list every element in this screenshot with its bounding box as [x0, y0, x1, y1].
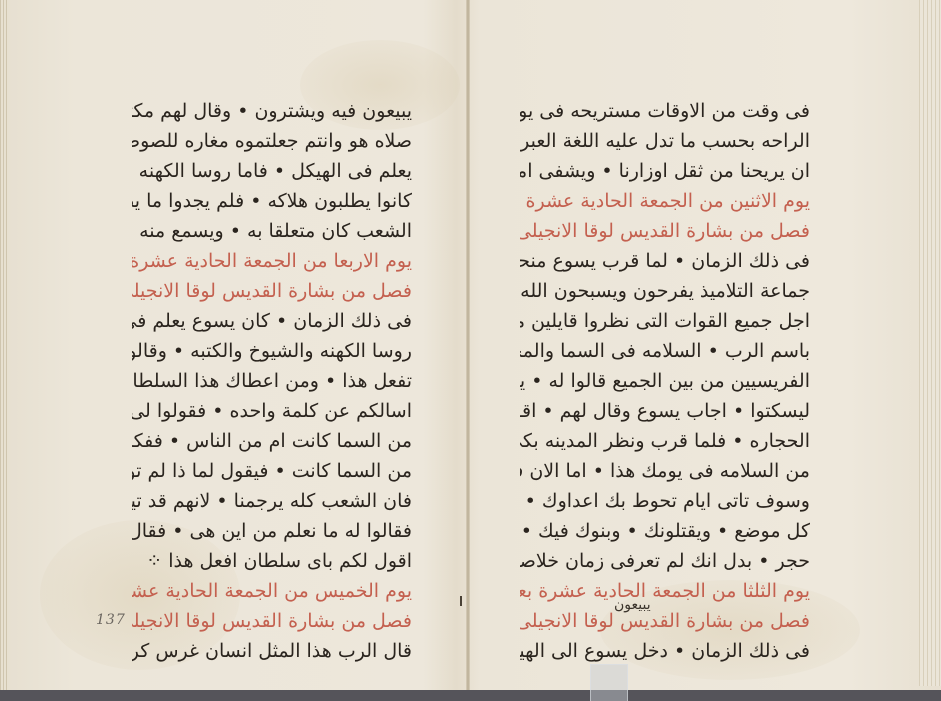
text-line: من السما كانت • فيقول لما ذا لم تومنوا ب… — [132, 456, 412, 486]
rubric-title: يوم الاثنين من الجمعة الحادية عشرة بعد ع… — [520, 186, 810, 216]
catchword: يبيعون — [614, 597, 651, 613]
text-line: وسوف تاتى ايام تحوط بك اعداوك • ويضيقون … — [520, 486, 810, 516]
text-line: فى ذلك الزمان • كان يسوع يعلم فى الهيكل … — [132, 306, 412, 336]
text-line: الحجاره • فلما قرب ونظر المدينه بكى عليه… — [520, 426, 810, 456]
text-line: الشعب كان متعلقا به • ويسمع منه ⁘ — [132, 216, 412, 246]
text-line: فى ذلك الزمان • دخل يسوع الى الهيكل • وب… — [520, 636, 810, 666]
rubric-title: يوم الاربعا من الجمعة الحادية عشرة بعد ع… — [132, 246, 412, 276]
rubric-subtitle: فصل من بشارة القديس لوقا الانجيلى — [132, 606, 412, 636]
text-line: جماعة التلاميذ يفرحون ويسبحون الله بصوت … — [520, 276, 810, 306]
text-line: فى ذلك الزمان • لما قرب يسوع منحدرا من ج… — [520, 246, 810, 276]
text-line: فان الشعب كله يرجمنا • لانهم قد تيقنوا ا… — [132, 486, 412, 516]
text-line: من السلامه فى يومك هذا • اما الان فقد خف… — [520, 456, 810, 486]
right-page-text: فى وقت من الاوقات مستريحه فى يوم السبت •… — [520, 96, 810, 666]
text-line: فى وقت من الاوقات مستريحه فى يوم السبت •… — [520, 96, 810, 126]
gutter-mark — [460, 596, 462, 606]
folio-number: 137 — [96, 612, 126, 628]
text-line: يبيعون فيه ويشترون • وقال لهم مكتوب ان ب… — [132, 96, 412, 126]
text-line: اجل جميع القوات التى نظروا قايلين مبارك … — [520, 306, 810, 336]
text-line: الفريسيين من بين الجميع قالوا له • يا مع… — [520, 366, 810, 396]
page-edges-right — [919, 0, 941, 686]
book-gutter — [466, 0, 470, 690]
text-line: روسا الكهنه والشيوخ والكتبه • وقالوا له … — [132, 336, 412, 366]
rubric-title: يوم الثلثا من الجمعة الحادية عشرة بعد عي… — [520, 576, 810, 606]
text-line: صلاه هو وانتم جعلتموه مغاره للصوص • وكان… — [132, 126, 412, 156]
text-line: اقول لكم باى سلطان افعل هذا ⁘ — [132, 546, 412, 576]
text-line: من السما كانت ام من الناس • ففكروا فى نف… — [132, 426, 412, 456]
text-line: تفعل هذا • ومن اعطاك هذا السلطان • اجاب … — [132, 366, 412, 396]
text-line: حجر • بدل انك لم تعرفى زمان خلاصك ⁘ — [520, 546, 810, 576]
left-page-text: يبيعون فيه ويشترون • وقال لهم مكتوب ان ب… — [132, 96, 412, 666]
text-line: قال الرب هذا المثل انسان غرس كرما • ودفع… — [132, 636, 412, 666]
rubric-subtitle: فصل من بشارة القديس لوقا الانجيلى — [520, 606, 810, 636]
text-line: ان يريحنا من ثقل اوزارنا • ويشفى امراض ن… — [520, 156, 810, 186]
manuscript-spread: يبيعون فيه ويشترون • وقال لهم مكتوب ان ب… — [0, 0, 941, 690]
rubric-subtitle: فصل من بشارة القديس لوقا الانجيلى — [132, 276, 412, 306]
text-line: باسم الرب • السلامه فى السما والمجد فى ا… — [520, 336, 810, 366]
text-line: كانوا يطلبون هلاكه • فلم يجدوا ما يصنعوا… — [132, 186, 412, 216]
text-line: اسالكم عن كلمة واحده • فقولوا لى معمودية… — [132, 396, 412, 426]
page-edges-left — [0, 0, 9, 690]
text-line: الراحه بحسب ما تدل عليه اللغة العبرانية … — [520, 126, 810, 156]
text-line: كل موضع • ويقتلونك • وبنوك فيك • ولا يتر… — [520, 516, 810, 546]
transparent-tab — [590, 664, 628, 701]
text-line: فقالوا له ما نعلم من اين هى • فقال لهم ي… — [132, 516, 412, 546]
text-line: يعلم فى الهيكل • فاما روسا الكهنه والكتب… — [132, 156, 412, 186]
text-line: ليسكتوا • اجاب يسوع وقال لهم • اقول لكم … — [520, 396, 810, 426]
rubric-subtitle: فصل من بشارة القديس لوقا الانجيلى — [520, 216, 810, 246]
rubric-title: يوم الخميس من الجمعة الحادية عشرة بعد عي… — [132, 576, 412, 606]
